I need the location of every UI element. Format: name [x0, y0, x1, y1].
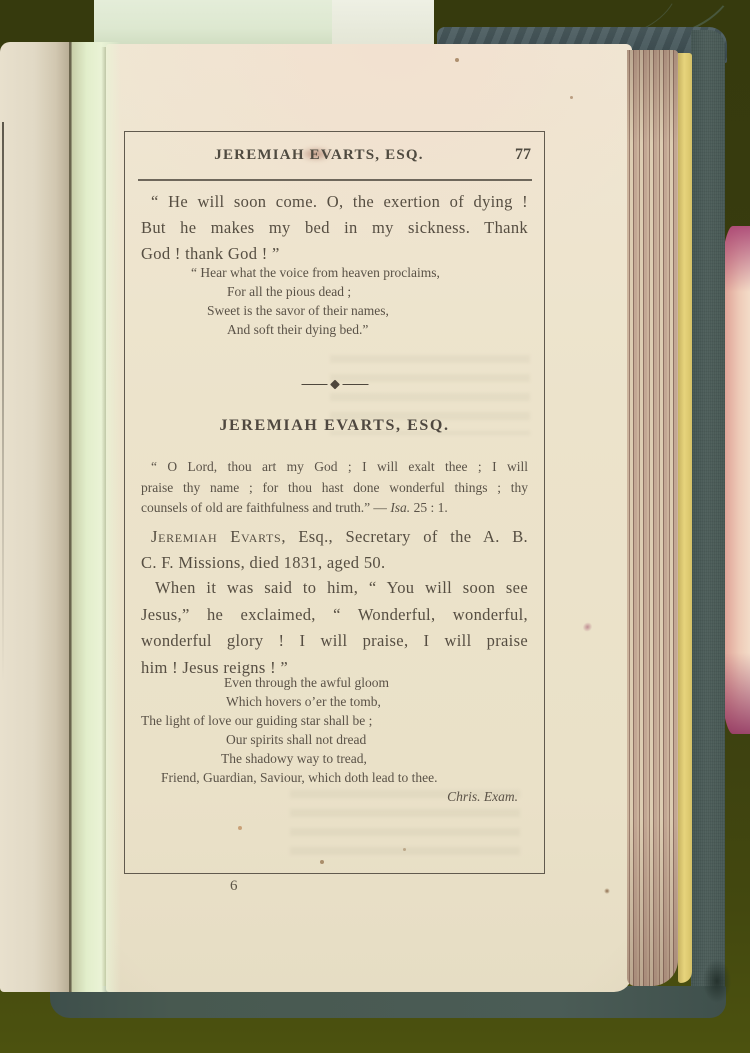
section-heading: JEREMIAH EVARTS, ESQ. — [125, 417, 544, 435]
facing-page-edge — [0, 42, 72, 992]
text-border-frame: JEREMIAH EVARTS, ESQ. 77 “ He will soon … — [124, 131, 545, 874]
poem-line: Friend, Guardian, Saviour, which doth le… — [161, 768, 528, 787]
paragraph-last-words: When it was said to him, “ You will soon… — [141, 575, 528, 681]
fore-edge-gilt-strip — [678, 53, 692, 983]
paragraph-deathbed-quote: “ He will soon come. O, the exertion of … — [141, 189, 528, 267]
divider-diamond-icon — [330, 380, 340, 390]
hymn-stanza-first: “ Hear what the voice from heaven procla… — [141, 263, 528, 339]
foxing-spot — [455, 58, 459, 62]
text-line: C. F. Missions, died 1831, aged 50. — [141, 550, 528, 576]
text-line: “ O Lord, thou art my God ; I will exalt… — [141, 457, 528, 478]
poem-line: Sweet is the savor of their names, — [207, 301, 528, 320]
page-fore-edge — [627, 50, 678, 986]
text-line: Jeremiah Evarts, Esq., Secretary of the … — [141, 524, 528, 550]
biography-rest: , Esq., Secretary of the A. B. — [281, 527, 528, 546]
text-line: Jesus,” he exclaimed, “ Wonderful, wonde… — [141, 602, 528, 629]
poem-attribution: Chris. Exam. — [141, 787, 518, 806]
book-cover-right-edge — [691, 30, 725, 1008]
person-name-smallcaps: Jeremiah Evarts — [151, 527, 281, 546]
text-line: praise thy name ; for thou hast done won… — [141, 478, 528, 499]
cover-corner-shadow — [698, 952, 736, 1010]
text-line: wonderful glory ! I will praise, I will … — [141, 628, 528, 655]
pink-smudge — [581, 620, 594, 633]
text-line: When it was said to him, “ You will soon… — [141, 575, 528, 602]
text-line: counsels of old are faithfulness and tru… — [141, 498, 528, 519]
header-rule — [138, 179, 532, 181]
divider-bar — [301, 384, 327, 386]
folio-number: 77 — [515, 146, 531, 164]
running-header: JEREMIAH EVARTS, ESQ. — [139, 147, 499, 164]
bookmark-tab-cream — [332, 0, 434, 44]
poem-line: The light of love our guiding star shall… — [141, 711, 528, 730]
page-gutter — [69, 42, 121, 992]
book-photograph: JEREMIAH EVARTS, ESQ. 77 “ He will soon … — [0, 0, 750, 1053]
epigraph-close: counsels of old are faithfulness and tru… — [141, 500, 390, 515]
foxing-spot — [570, 96, 573, 99]
hymn-stanza-second: Even through the awful gloom Which hover… — [141, 673, 528, 806]
poem-line: Which hovers o’er the tomb, — [226, 692, 528, 711]
poem-line: And soft their dying bed.” — [227, 320, 528, 339]
bookmark-tab-mint — [94, 0, 332, 47]
poem-line: Our spirits shall not dread — [226, 730, 528, 749]
poem-line: For all the pious dead ; — [227, 282, 528, 301]
paragraph-biography: Jeremiah Evarts, Esq., Secretary of the … — [141, 524, 528, 576]
signature-mark: 6 — [230, 878, 238, 895]
divider-bar — [342, 384, 368, 386]
text-line: “ He will soon come. O, the exertion of … — [141, 189, 528, 215]
scripture-reference-verse: 25 : 1. — [410, 500, 448, 515]
poem-line: Even through the awful gloom — [224, 673, 528, 692]
section-divider-ornament — [301, 381, 368, 388]
scripture-epigraph: “ O Lord, thou art my God ; I will exalt… — [141, 457, 528, 519]
foxing-spot — [604, 888, 610, 894]
text-line: But he makes my bed in my sickness. Than… — [141, 215, 528, 241]
poem-line: The shadowy way to tread, — [221, 749, 528, 768]
scripture-reference: Isa. — [390, 500, 410, 515]
book-page: JEREMIAH EVARTS, ESQ. 77 “ He will soon … — [106, 44, 632, 992]
poem-line: “ Hear what the voice from heaven procla… — [191, 263, 528, 282]
